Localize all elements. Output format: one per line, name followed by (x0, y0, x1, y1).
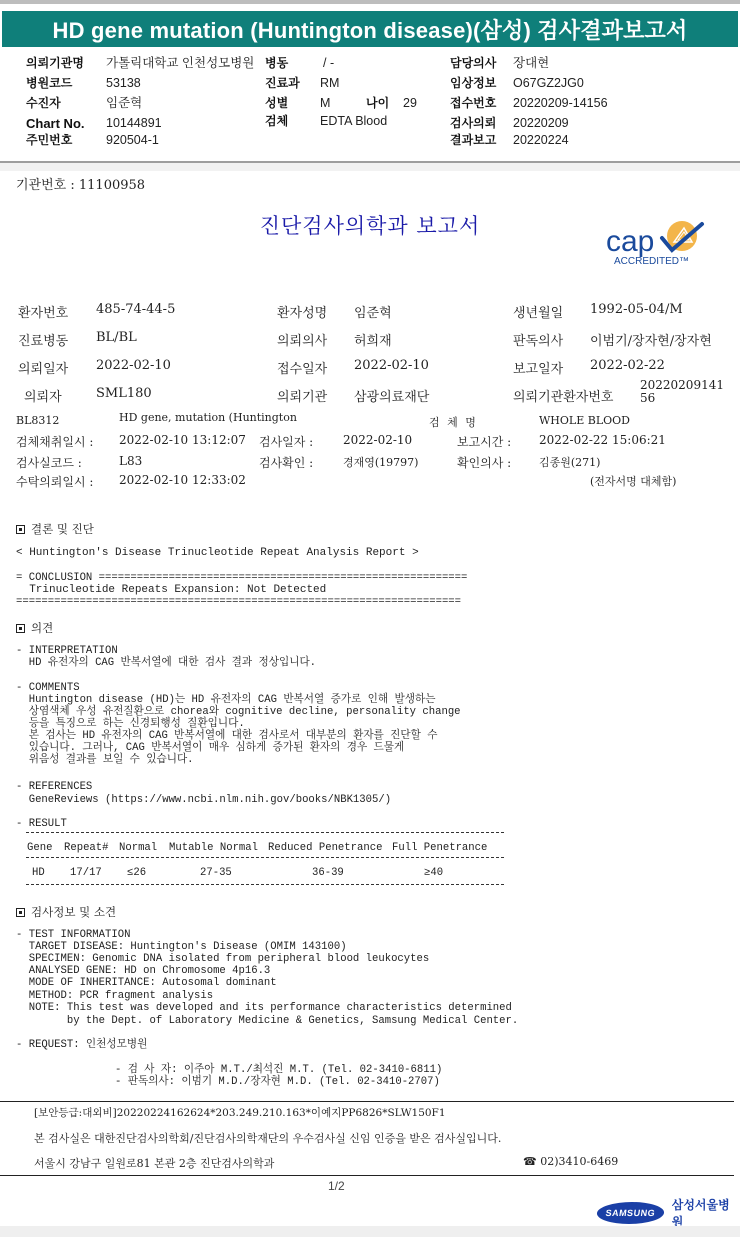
cell-full-penetrance: ≥40 (424, 867, 443, 879)
value-req-date: 2022-02-10 (96, 358, 171, 373)
value-examinee: 임준혁 (106, 94, 142, 113)
table-header-mutable-normal: Mutable Normal (169, 842, 258, 854)
label-test-date: 검사일자 : (259, 433, 313, 450)
table-rule (26, 857, 504, 858)
value-requester: SML180 (96, 386, 152, 401)
label-checked: 검사확인 : (259, 454, 313, 471)
value-age: 29 (403, 94, 417, 113)
patient-info: 의뢰기관명 가톨릭대학교 인천성모병원 병원코드 53138 수진자 임준혁 C… (0, 0, 740, 160)
table-header-reduced-penetrance: Reduced Penetrance (268, 842, 382, 854)
page-number: 1/2 (328, 1179, 345, 1193)
samsung-hospital-logo: SAMSUNG 삼성서울병원 (597, 1196, 740, 1230)
testinfo-line: SPECIMEN: Genomic DNA isolated from peri… (16, 953, 429, 965)
testinfo-heading-text: 검사정보 및 소견 (31, 905, 116, 919)
page-bottom (0, 1226, 740, 1237)
page-gap (0, 163, 740, 171)
square-bullet-icon (16, 525, 25, 534)
value-institution: 가톨릭대학교 인천성모병원 (106, 54, 254, 73)
value-reading-doctor: 이범기/장자현/장자현 (590, 330, 712, 349)
cell-repeat: 17/17 (70, 867, 102, 879)
value-collect-time: 2022-02-10 13:12:07 (119, 433, 246, 447)
cell-normal: ≤26 (127, 867, 146, 879)
label-req-doctor: 의뢰의사 (277, 330, 327, 349)
comments-line: Huntington disease (HD)는 HD 유전자의 CAG 반복서… (16, 694, 435, 706)
label-patient-no: 환자번호 (18, 302, 68, 321)
request-line: - REQUEST: 인천성모병원 (16, 1039, 147, 1051)
label-department: 진료과 (265, 74, 300, 93)
comments-line: 위음성 결과를 보일 수 있습니다. (16, 754, 194, 766)
hospital-name: 삼성서울병원 (672, 1196, 740, 1230)
label-age: 나이 (366, 94, 389, 113)
comments-line: 있습니다. 그러나, CAG 반복서열이 매우 심하게 증가된 환자의 경우 드… (16, 742, 404, 754)
cell-mutable-normal: 27-35 (200, 867, 232, 879)
cap-accredited-logo: cap ACCREDITED™ (604, 220, 712, 268)
value-hospital-code: 53138 (106, 74, 141, 93)
comments-title: - COMMENTS (16, 682, 80, 694)
label-ward: 진료병동 (18, 330, 68, 349)
label-lab-code: 검사실코드 : (16, 454, 82, 471)
testinfo-line: TARGET DISEASE: Huntington's Disease (OM… (16, 941, 347, 953)
footer-divider (0, 1101, 734, 1102)
value-result-report: 20220224 (513, 131, 569, 150)
square-bullet-icon (16, 908, 25, 917)
table-rule (26, 884, 504, 885)
value-test-date: 2022-02-10 (343, 433, 412, 447)
label-birth: 생년월일 (513, 302, 563, 321)
conclusion-heading: 결론 및 진단 (16, 521, 94, 537)
references-title: - REFERENCES (16, 781, 92, 793)
svg-text:ACCREDITED™: ACCREDITED™ (614, 256, 689, 267)
value-resident-no: 920504-1 (106, 131, 159, 150)
samsung-logo-icon: SAMSUNG (595, 1202, 665, 1224)
label-collect-time: 검체채취일시 : (16, 433, 93, 450)
label-attending: 담당의사 (450, 54, 496, 73)
value-report-date: 2022-02-22 (590, 358, 665, 373)
label-reading-doctor: 판독의사 (513, 330, 563, 349)
label-report-time: 보고시간 : (457, 433, 511, 450)
test-details: BL8312 HD gene, mutation (Huntington 검 체… (0, 0, 8, 322)
conclusion-text: Trinucleotide Repeats Expansion: Not Det… (16, 584, 326, 596)
label-specimen-name: 검 체 명 (429, 414, 478, 430)
interpretation-title: - INTERPRETATION (16, 645, 118, 657)
phone: ☎ 02)3410-6469 (523, 1155, 618, 1168)
phone-number: 02)3410-6469 (540, 1155, 618, 1168)
label-contract-time: 수탁의뢰일시 : (16, 473, 93, 490)
label-confirm-doctor: 확인의사 : (457, 454, 511, 471)
value-specimen: EDTA Blood (320, 112, 387, 131)
value-req-doctor: 허희재 (354, 330, 392, 349)
result-title: - RESULT (16, 818, 67, 830)
conclusion-end: ========================================… (16, 596, 461, 608)
esign-note: (전자서명 대체함) (590, 473, 676, 489)
value-report-time: 2022-02-22 15:06:21 (539, 433, 666, 447)
testinfo-title: - TEST INFORMATION (16, 929, 130, 941)
label-patient-name: 환자성명 (277, 302, 327, 321)
svg-text:cap: cap (606, 225, 654, 258)
label-req-institution: 의뢰기관 (277, 386, 327, 405)
label-inst-patient-no: 의뢰기관환자번호 (513, 386, 613, 405)
value-receipt-no: 20220209-14156 (513, 94, 608, 113)
testinfo-line: by the Dept. of Laboratory Medicine & Ge… (16, 1015, 518, 1027)
institution-number: 기관번호 : 11100958 (16, 174, 145, 193)
comments-line: 본 검사는 HD 유전자의 CAG 반복서열에 대한 검사로서 대부분의 환자를… (16, 730, 437, 742)
label-resident-no: 주민번호 (26, 131, 72, 150)
label-receipt-no: 접수번호 (450, 94, 496, 113)
comments-line: 상염색체 우성 유전질환으로 chorea와 cognitive decline… (16, 706, 461, 718)
value-attending: 장대현 (513, 54, 549, 73)
value-contract-time: 2022-02-10 12:33:02 (119, 473, 246, 487)
phone-icon: ☎ (523, 1155, 537, 1168)
cell-reduced-penetrance: 36-39 (312, 867, 344, 879)
value-specimen-name: WHOLE BLOOD (539, 414, 630, 427)
square-bullet-icon (16, 624, 25, 633)
label-clinical-info: 임상정보 (450, 74, 496, 93)
cap-logo-icon: cap ACCREDITED™ (604, 220, 712, 268)
testinfo-line: MODE OF INHERITANCE: Autosomal dominant (16, 977, 277, 989)
conclusion-heading-text: 결론 및 진단 (31, 522, 94, 536)
certification-line: 본 검사실은 대한진단검사의학회/진단검사의학재단의 우수검사실 신임 인증을 … (34, 1130, 501, 1146)
table-rule (26, 832, 504, 833)
testinfo-line: NOTE: This test was developed and its pe… (16, 1002, 512, 1014)
footer-divider (0, 1175, 734, 1176)
value-ward: BL/BL (96, 330, 137, 345)
value-checked: 경재영(19797) (343, 454, 418, 470)
value-patient-name: 임준혁 (354, 302, 392, 321)
value-patient-no: 485-74-44-5 (96, 302, 175, 317)
interpretation-text: HD 유전자의 CAG 반복서열에 대한 검사 결과 정상입니다. (16, 657, 316, 669)
testinfo-heading: 검사정보 및 소견 (16, 904, 116, 920)
label-report-date: 보고일자 (513, 358, 563, 377)
testinfo-line: METHOD: PCR fragment analysis (16, 990, 213, 1002)
comments-line: 등을 특징으로 하는 신경퇴행성 질환입니다. (16, 718, 245, 730)
test-code: BL8312 (16, 414, 59, 427)
value-birth: 1992-05-04/M (590, 302, 683, 317)
testinfo-line: ANALYSED GENE: HD on Chromosome 4p16.3 (16, 965, 270, 977)
table-header-gene: Gene (27, 842, 52, 854)
label-result-report: 결과보고 (450, 131, 496, 150)
security-line: [보안등급:대외비]20220224162624*203.249.210.163… (34, 1105, 446, 1120)
label-institution: 의뢰기관명 (26, 54, 84, 73)
label-examinee: 수진자 (26, 94, 61, 113)
test-name: HD gene, mutation (Huntington (119, 411, 297, 424)
value-department: RM (320, 74, 339, 93)
value-inst-patient-no: 2022020914156 (640, 379, 730, 405)
value-ward: / - (323, 54, 334, 73)
value-sex: M (320, 94, 330, 113)
table-header-full-penetrance: Full Penetrance (392, 842, 487, 854)
label-hospital-code: 병원코드 (26, 74, 72, 93)
staff-line-tester: - 검 사 자: 이주아 M.T./최석진 M.T. (Tel. 02-3410… (115, 1064, 442, 1076)
label-specimen: 검체 (265, 112, 288, 131)
label-requester: 의뢰자 (24, 386, 62, 405)
label-req-date: 의뢰일자 (18, 358, 68, 377)
table-header-repeat: Repeat# (64, 842, 109, 854)
references-text: GeneReviews (https://www.ncbi.nlm.nih.go… (16, 794, 391, 806)
value-clinical-info: O67GZ2JG0 (513, 74, 584, 93)
staff-line-reader: - 판독의사: 이범기 M.D./장자현 M.D. (Tel. 02-3410-… (115, 1076, 440, 1088)
samsung-logo-text: SAMSUNG (605, 1208, 656, 1218)
value-recv-date: 2022-02-10 (354, 358, 429, 373)
table-header-normal: Normal (119, 842, 157, 854)
cell-gene: HD (32, 867, 45, 879)
label-recv-date: 접수일자 (277, 358, 327, 377)
address-line: 서울시 강남구 일원로81 본관 2층 진단검사의학과 (34, 1155, 274, 1171)
report-title: < Huntington's Disease Trinucleotide Rep… (16, 547, 419, 559)
label-sex: 성별 (265, 94, 288, 113)
label-ward: 병동 (265, 54, 288, 73)
value-req-institution: 삼광의료재단 (354, 386, 429, 405)
value-confirm-doctor: 김종원(271) (539, 454, 600, 470)
value-lab-code: L83 (119, 454, 142, 468)
conclusion-line: = CONCLUSION ===========================… (16, 572, 467, 584)
opinion-heading-text: 의견 (31, 621, 53, 635)
opinion-heading: 의견 (16, 620, 53, 636)
result-table: Gene Repeat# Normal Mutable Normal Reduc… (26, 832, 504, 888)
